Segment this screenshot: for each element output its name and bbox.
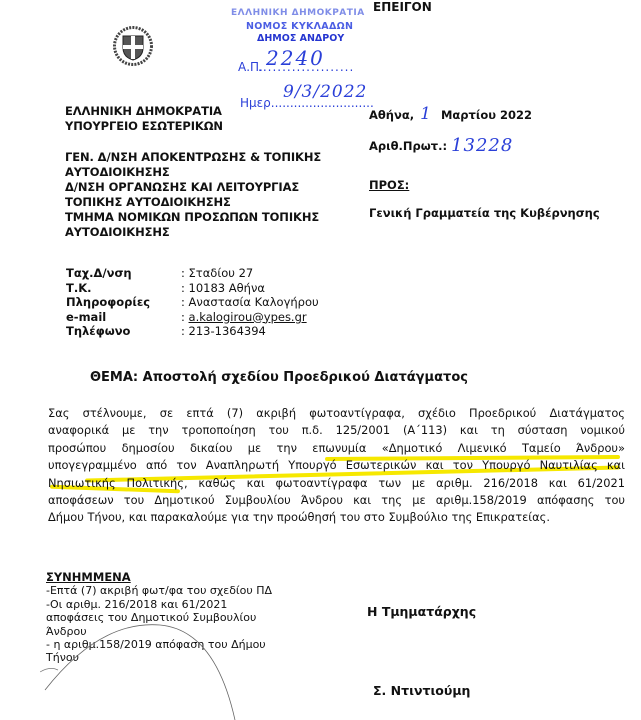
issuer-block: ΕΛΛΗΝΙΚΗ ΔΗΜΟΚΡΑΤΙΑ ΥΠΟΥΡΓΕΙΟ ΕΣΩΤΕΡΙΚΩΝ bbox=[65, 104, 223, 134]
contact-label: Πληροφορίες bbox=[66, 295, 181, 310]
stamp-protocol: Α.Π. .................... 2240 bbox=[238, 60, 263, 74]
contact-value: : Αναστασία Καλογήρου bbox=[181, 295, 319, 309]
body-paragraph: Σας στέλνουμε, σε επτά (7) ακριβή φωτοαν… bbox=[48, 405, 625, 527]
contact-label: Ταχ.Δ/νση bbox=[66, 266, 181, 281]
stamp-date-value: 9/3/2022 bbox=[283, 82, 367, 102]
contact-label: Τηλέφωνο bbox=[66, 324, 181, 339]
contact-row: Τ.Κ.: 10183 Αθήνα bbox=[66, 280, 319, 295]
attachments-title: ΣΥΝΗΜΜΕΝΑ bbox=[46, 571, 272, 584]
body-line: Σας στέλνουμε, σε επτά (7) ακριβή φωτοαν… bbox=[48, 405, 625, 422]
department-block: ΓΕΝ. Δ/ΝΣΗ ΑΠΟΚΕΝΤΡΩΣΗΣ & ΤΟΠΙΚΗΣ ΑΥΤΟΔΙ… bbox=[65, 150, 321, 240]
dept-line: ΤΟΠΙΚΗΣ ΑΥΤΟΔΙΟΙΚΗΣΗΣ bbox=[65, 195, 321, 210]
stamp-date: Ημερ........................... 9/3/2022 bbox=[240, 96, 374, 110]
signatory-role: Η Τμηματάρχης bbox=[367, 604, 476, 619]
body-line: αναφορικά με την τροποποίηση του π.δ. 12… bbox=[48, 422, 625, 439]
protocol-label: Αριθ.Πρωτ.: bbox=[369, 139, 447, 153]
subject-line: ΘΕΜΑ: Αποστολή σχεδίου Προεδρικού Διατάγ… bbox=[90, 370, 468, 385]
stamp-line-3: ΔΗΜΟΣ ΑΝΔΡΟΥ bbox=[257, 33, 344, 44]
month-year: Μαρτίου 2022 bbox=[441, 108, 532, 122]
body-line: υπογεγραμμένο από τον Αναπληρωτή Υπουργό… bbox=[48, 457, 625, 474]
contact-label: Τ.Κ. bbox=[66, 281, 181, 296]
contact-value: : Σταδίου 27 bbox=[181, 266, 253, 280]
contact-value: : 10183 Αθήνα bbox=[181, 281, 265, 295]
stamp-line-1: ΕΛΛΗΝΙΚΗ ΔΗΜΟΚΡΑΤΙΑ bbox=[231, 8, 365, 18]
greek-coat-of-arms-icon bbox=[113, 26, 153, 66]
urgent-label: ΕΠΕΙΓΟΝ bbox=[373, 0, 432, 14]
contact-label: e-mail bbox=[66, 310, 181, 325]
body-line: αποφάσεων του Δημοτικού Συμβουλίου Άνδρο… bbox=[48, 492, 625, 509]
contact-row: Πληροφορίες: Αναστασία Καλογήρου bbox=[66, 294, 319, 309]
dept-line: ΑΥΤΟΔΙΟΙΚΗΣΗΣ bbox=[65, 165, 321, 180]
attachment-line: -Επτά (7) ακριβή φωτ/φα του σχεδίου ΠΔ bbox=[46, 584, 272, 597]
signature-stroke bbox=[40, 600, 280, 720]
body-line: Νησιωτικής Πολιτικής, καθώς και φωτοαντί… bbox=[48, 475, 625, 492]
issuer-ministry: ΥΠΟΥΡΓΕΙΟ ΕΣΩΤΕΡΙΚΩΝ bbox=[65, 119, 223, 134]
issuer-republic: ΕΛΛΗΝΙΚΗ ΔΗΜΟΚΡΑΤΙΑ bbox=[65, 104, 223, 119]
day-handwritten: 1 bbox=[420, 104, 431, 124]
dept-line: ΓΕΝ. Δ/ΝΣΗ ΑΠΟΚΕΝΤΡΩΣΗΣ & ΤΟΠΙΚΗΣ bbox=[65, 150, 321, 165]
body-line: Δήμου Τήνου, και παρακαλούμε για την προ… bbox=[48, 509, 625, 526]
protocol-number: 13228 bbox=[451, 135, 513, 156]
date-line: Αθήνα, 1 Μαρτίου 2022 bbox=[369, 104, 532, 124]
stamp-date-label: Ημερ bbox=[240, 96, 271, 110]
stamp-ap-number: 2240 bbox=[266, 46, 325, 70]
contact-row: Ταχ.Δ/νση: Σταδίου 27 bbox=[66, 265, 319, 280]
contact-row: Τηλέφωνο: 213-1364394 bbox=[66, 323, 319, 338]
place: Αθήνα, bbox=[369, 108, 414, 122]
stamp-line-2: ΝΟΜΟΣ ΚΥΚΛΑΔΩΝ bbox=[246, 21, 353, 32]
dept-line: ΤΜΗΜΑ ΝΟΜΙΚΩΝ ΠΡΟΣΩΠΩΝ ΤΟΠΙΚΗΣ bbox=[65, 210, 321, 225]
email-link[interactable]: a.kalogirou@ypes.gr bbox=[189, 310, 307, 324]
contact-value: : 213-1364394 bbox=[181, 324, 266, 338]
recipient-value: Γενική Γραμματεία της Κυβέρνησης bbox=[369, 206, 600, 220]
dept-line: Δ/ΝΣΗ ΟΡΓΑΝΩΣΗΣ ΚΑΙ ΛΕΙΤΟΥΡΓΙΑΣ bbox=[65, 180, 321, 195]
contact-block: Ταχ.Δ/νση: Σταδίου 27 Τ.Κ.: 10183 Αθήνα … bbox=[66, 265, 319, 338]
recipient-label: ΠΡΟΣ: bbox=[369, 178, 409, 192]
dept-line: ΑΥΤΟΔΙΟΙΚΗΣΗΣ bbox=[65, 225, 321, 240]
email-prefix: : bbox=[181, 310, 189, 324]
protocol-line: Αριθ.Πρωτ.: 13228 bbox=[369, 134, 513, 155]
body-line: προσώπου δημοσίου δικαίου με την επωνυμί… bbox=[48, 440, 625, 457]
contact-row: e-mail: a.kalogirou@ypes.gr bbox=[66, 309, 319, 324]
signatory-name: Σ. Ντιντιούμη bbox=[373, 683, 470, 698]
